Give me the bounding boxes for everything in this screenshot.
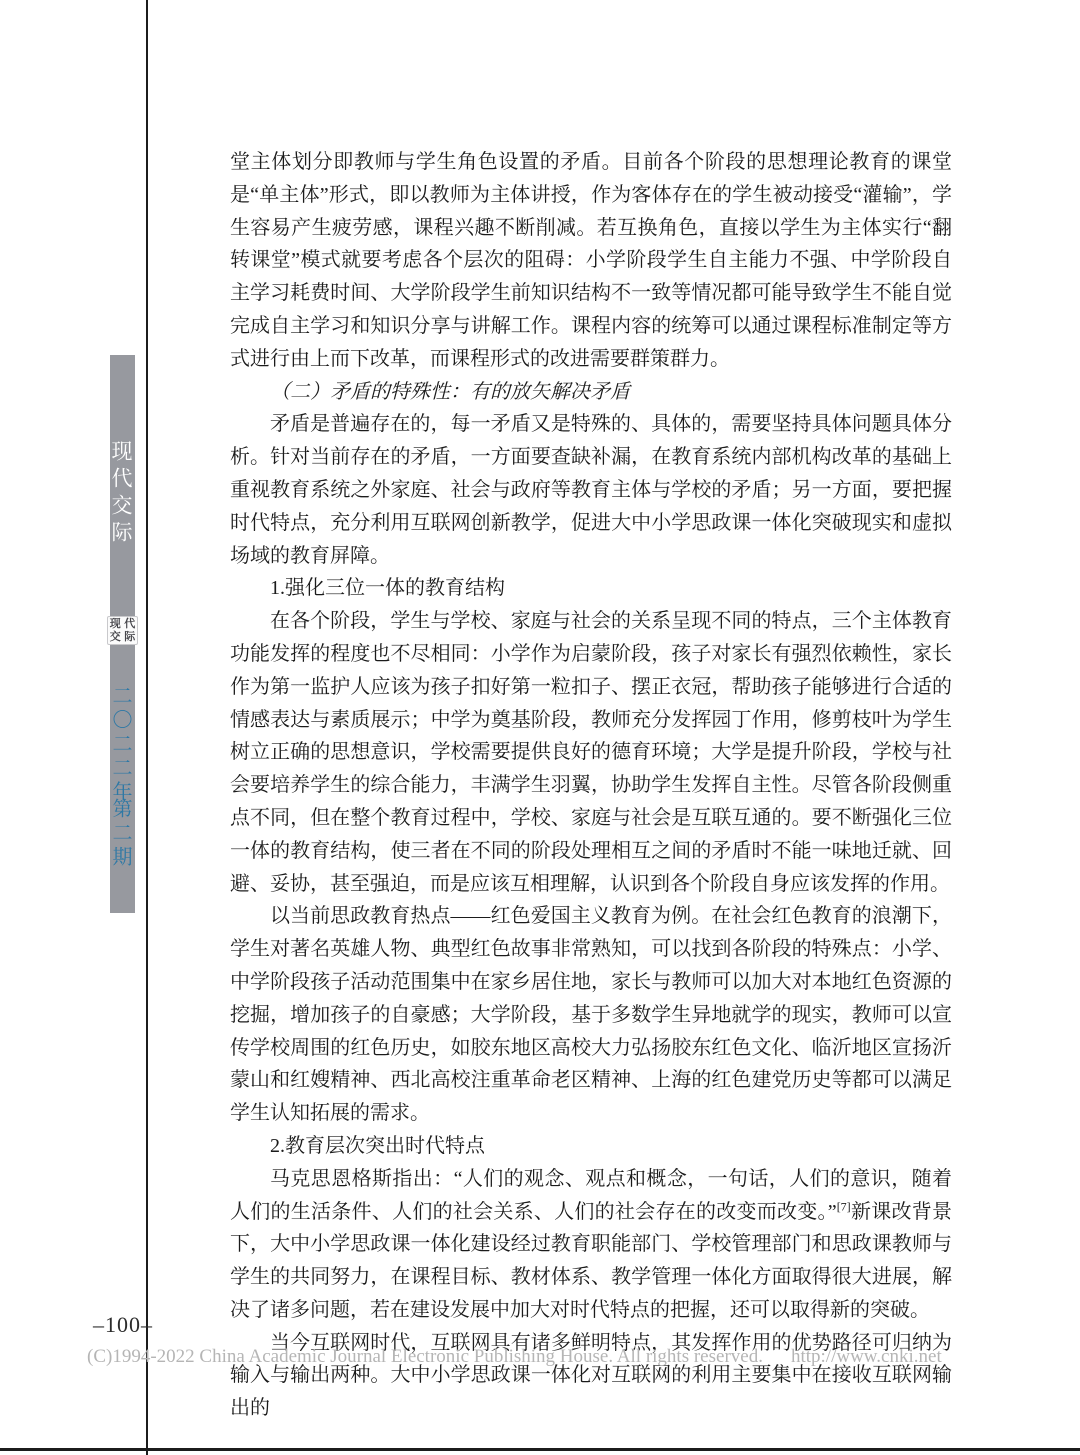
section-heading: （二）矛盾的特殊性：有的放矢解决矛盾	[230, 376, 952, 409]
seal-char: 代	[124, 618, 135, 630]
paragraph-text: 马克思恩格斯指出：“人们的观念、观点和概念，一句话，人们的意识，随着人们的生活条…	[230, 1168, 952, 1223]
subheading: 2.教育层次突出时代特点	[230, 1130, 952, 1163]
copyright-text: (C)1994-2022 China Academic Journal Elec…	[87, 1346, 763, 1367]
paragraph: 在各个阶段，学生与学校、家庭与社会的关系呈现不同的特点，三个主体教育功能发挥的程…	[230, 605, 952, 900]
page-number: –100–	[93, 1312, 153, 1338]
journal-title-vertical: 现代交际	[111, 440, 136, 548]
spine-issue-label: 第二期	[111, 798, 136, 870]
journal-page: 现代交际 现 代 交 际 二〇二二年 第二期 堂主体划分即教师与学生角色设置的矛…	[0, 0, 1080, 1455]
cnki-url: http://www.cnki.net	[791, 1346, 942, 1367]
copyright-line: (C)1994-2022 China Academic Journal Elec…	[87, 1346, 987, 1368]
subheading: 1.强化三位一体的教育结构	[230, 572, 952, 605]
seal-char: 际	[124, 631, 135, 643]
spine-year-label: 二〇二二年	[111, 685, 136, 805]
left-margin-rule	[146, 0, 148, 1455]
journal-spine: 现代交际 现 代 交 际 二〇二二年 第二期	[110, 355, 135, 913]
bottom-rule	[0, 1448, 1080, 1451]
citation-ref: [7]	[837, 1199, 851, 1213]
seal-char: 交	[110, 631, 121, 643]
article-body: 堂主体划分即教师与学生角色设置的矛盾。目前各个阶段的思想理论教育的课堂是“单主体…	[230, 146, 952, 1425]
paragraph: 当今互联网时代，互联网具有诸多鲜明特点，其发挥作用的优势路径可归纳为输入与输出两…	[230, 1327, 952, 1425]
paragraph: 堂主体划分即教师与学生角色设置的矛盾。目前各个阶段的思想理论教育的课堂是“单主体…	[230, 146, 952, 376]
journal-seal: 现 代 交 际	[107, 616, 138, 645]
seal-char: 现	[110, 618, 121, 630]
paragraph: 马克思恩格斯指出：“人们的观念、观点和概念，一句话，人们的意识，随着人们的生活条…	[230, 1163, 952, 1327]
paragraph: 以当前思政教育热点——红色爱国主义教育为例。在社会红色教育的浪潮下，学生对著名英…	[230, 900, 952, 1130]
paragraph: 矛盾是普遍存在的，每一矛盾又是特殊的、具体的，需要坚持具体问题具体分析。针对当前…	[230, 408, 952, 572]
